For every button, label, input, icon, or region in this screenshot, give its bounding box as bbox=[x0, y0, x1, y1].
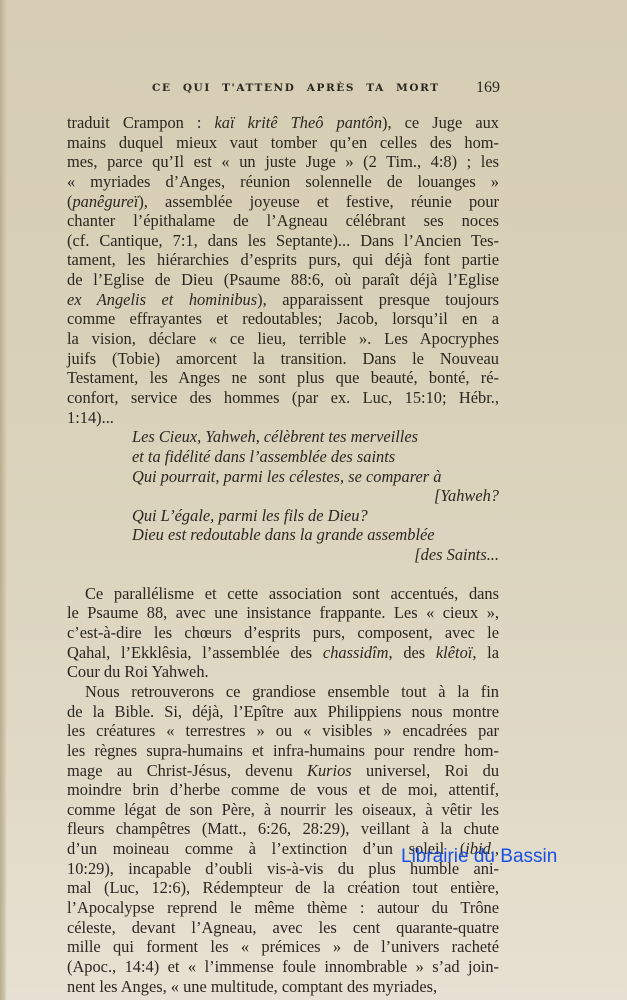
paragraph-gap bbox=[67, 565, 499, 584]
page-gutter-shadow bbox=[0, 0, 7, 1000]
italic-term: kaï kritê Theô pantôn bbox=[215, 113, 383, 132]
running-header: CE QUI T'ATTEND APRÈS TA MORT 169 bbox=[152, 80, 500, 100]
italic-term: Kurios bbox=[307, 761, 352, 780]
paragraph-3: Nous retrouverons ce grandiose ensemble … bbox=[67, 682, 499, 996]
text-line: Qahal, l’Ekklêsia, l’assemblée des chass… bbox=[67, 643, 499, 663]
text-line: 1:14)... bbox=[67, 408, 499, 428]
text-line: l’Apocalypse reprend le même thème : aut… bbox=[67, 898, 499, 918]
text-line: mes, parce qu’Il est « un juste Juge » (… bbox=[67, 152, 499, 172]
text-line: le Psaume 88, avec une insistance frappa… bbox=[67, 603, 499, 623]
text-line: nent les Anges, « une multitude, comptan… bbox=[67, 977, 499, 997]
text-line: céleste, devant l’Agneau, avec les cent … bbox=[67, 918, 499, 938]
verse-line: Qui pourrait, parmi les célestes, se com… bbox=[67, 467, 499, 487]
text-line: mage au Christ-Jésus, devenu Kurios univ… bbox=[67, 761, 499, 781]
italic-term: chassidîm bbox=[323, 643, 389, 662]
text-line: les créatures « terrestres » ou « visibl… bbox=[67, 721, 499, 741]
verse-line: et ta fidélité dans l’assemblée des sain… bbox=[67, 447, 499, 467]
text-line: mille qui forment les « prémices » de l’… bbox=[67, 937, 499, 957]
verse-line: Dieu est redoutable dans la grande assem… bbox=[67, 525, 499, 545]
text-line: juifs (Tobie) amorcent la transition. Da… bbox=[67, 349, 499, 369]
watermark-librairie-du-bassin: Librairie du Bassin bbox=[401, 846, 557, 868]
text-line: c’est-à-dire les chœurs d’esprits purs, … bbox=[67, 623, 499, 643]
text-line: « myriades d’Anges, réunion solennelle d… bbox=[67, 172, 499, 192]
text-line: Testament, les Anges ne sont plus que be… bbox=[67, 368, 499, 388]
text-line: chanter l’épithalame de l’Agneau célébra… bbox=[67, 211, 499, 231]
text-line: Ce parallélisme et cette association son… bbox=[67, 584, 499, 604]
text-line: ex Angelis et hominibus), apparaissent p… bbox=[67, 290, 499, 310]
verse-quotation: Les Cieux, Yahweh, célèbrent tes merveil… bbox=[67, 427, 499, 564]
verse-line: Qui L’égale, parmi les fils de Dieu? bbox=[67, 506, 499, 526]
running-title: CE QUI T'ATTEND APRÈS TA MORT bbox=[152, 82, 440, 94]
text-line: mains duquel mieux vaut tomber qu’en cel… bbox=[67, 133, 499, 153]
text-line: (Apoc., 14:4) et « l’immense foule innom… bbox=[67, 957, 499, 977]
italic-term: klêtoï bbox=[436, 643, 472, 662]
text-line: de la Bible. Si, déjà, l’Epître aux Phil… bbox=[67, 702, 499, 722]
italic-term: ex Angelis et hominibus bbox=[67, 290, 257, 309]
text-line: Nous retrouverons ce grandiose ensemble … bbox=[67, 682, 499, 702]
verse-line: Les Cieux, Yahweh, célèbrent tes merveil… bbox=[67, 427, 499, 447]
text-line: fleurs champêtres (Matt., 6:26, 28:29), … bbox=[67, 819, 499, 839]
text-line: Cour du Roi Yahweh. bbox=[67, 662, 499, 682]
text-line: de l’Eglise de Dieu (Psaume 88:6, où par… bbox=[67, 270, 499, 290]
text-line: mal (Luc, 12:6), Rédempteur de la créati… bbox=[67, 878, 499, 898]
text-line: (cf. Cantique, 7:1, dans les Septante)..… bbox=[67, 231, 499, 251]
paragraph-1: traduit Crampon : kaï kritê Theô pantôn)… bbox=[67, 113, 499, 427]
page-number: 169 bbox=[476, 79, 500, 97]
text-line: (panêgureï), assemblée joyeuse et festiv… bbox=[67, 192, 499, 212]
text-line: tament, les hiérarchies d’esprits purs, … bbox=[67, 250, 499, 270]
text-line: comme effrayantes et redoutables; Jacob,… bbox=[67, 309, 499, 329]
text-line: confort, service des hommes (par ex. Luc… bbox=[67, 388, 499, 408]
italic-term: panêgureï bbox=[72, 192, 138, 211]
text-line: la vision, déclare « ce lieu, terrible »… bbox=[67, 329, 499, 349]
verse-line: [Yahweh? bbox=[67, 486, 499, 506]
paragraph-2: Ce parallélisme et cette association son… bbox=[67, 584, 499, 682]
text-line: comme légat de son Père, à nourrir les o… bbox=[67, 800, 499, 820]
text-line: moindre brin d’herbe comme de vous et de… bbox=[67, 780, 499, 800]
text-line: traduit Crampon : kaï kritê Theô pantôn)… bbox=[67, 113, 499, 133]
text-line: les règnes supra-humains et infra-humain… bbox=[67, 741, 499, 761]
verse-line: [des Saints... bbox=[67, 545, 499, 565]
